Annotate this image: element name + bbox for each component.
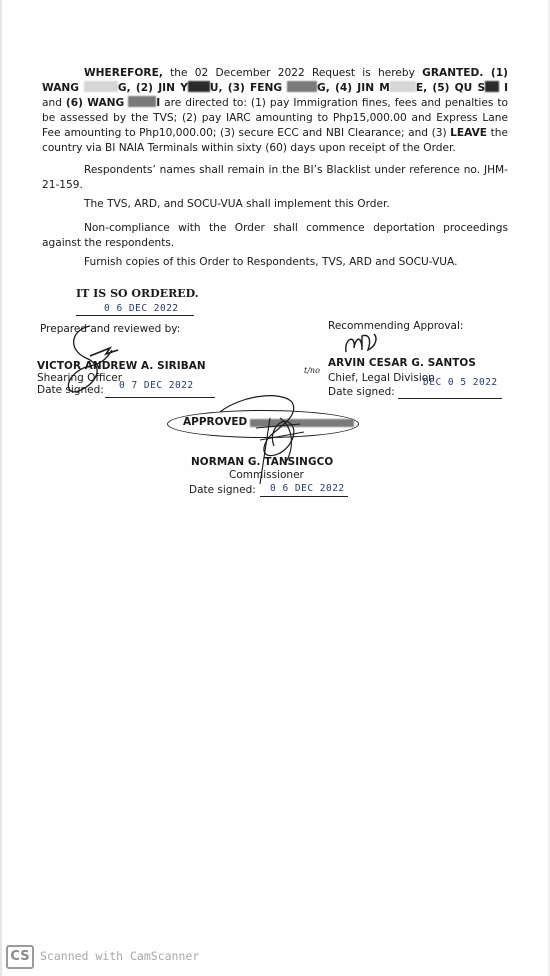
redaction: [390, 81, 416, 92]
prepared-name: VICTOR ANDREW A. SIRIBAN: [37, 360, 206, 372]
so-ordered-heading: IT IS SO ORDERED.: [76, 287, 199, 300]
signature-santos-icon: [342, 330, 382, 358]
redaction: [287, 81, 317, 92]
recommending-date-line: [398, 398, 502, 399]
approved-date-line: [260, 496, 348, 497]
redaction: [128, 96, 156, 107]
noncompliance-paragraph: Non-compliance with the Order shall comm…: [42, 221, 508, 251]
redaction: [250, 419, 354, 427]
recommending-date-stamp: DEC 0 5 2022: [423, 377, 498, 388]
prepared-title: Shearing Officer: [37, 372, 122, 384]
redaction: [485, 81, 499, 92]
recommending-label: Recommending Approval:: [328, 320, 463, 332]
prepared-date-line: [105, 397, 215, 398]
furnish-paragraph: Furnish copies of this Order to Responde…: [42, 255, 508, 270]
page-edge-left: [0, 0, 2, 976]
approved-date-stamp: 0 6 DEC 2022: [270, 483, 345, 494]
recommending-name: ARVIN CESAR G. SANTOS: [328, 357, 476, 369]
granted-text: GRANTED.: [422, 67, 483, 79]
scanned-page: WHEREFORE, the 02 December 2022 Request …: [0, 0, 550, 976]
camscanner-watermark: Scanned with CamScanner: [40, 949, 199, 963]
so-ordered-underline: [76, 315, 194, 316]
redaction: [188, 81, 210, 92]
blacklist-paragraph: Respondents’ names shall remain in the B…: [42, 163, 508, 193]
recommending-title: Chief, Legal Division: [328, 372, 435, 384]
approved-name: NORMAN G. TANSINGCO: [191, 456, 333, 468]
so-ordered-date-stamp: 0 6 DEC 2022: [104, 303, 179, 314]
camscanner-logo-icon: CS: [6, 945, 34, 969]
implement-paragraph: The TVS, ARD, and SOCU-VUA shall impleme…: [42, 197, 508, 212]
recommending-initials: t/no: [304, 366, 320, 375]
leave-text: LEAVE: [450, 127, 487, 139]
recommending-date-label: Date signed:: [328, 386, 395, 398]
approved-title: Commissioner: [229, 469, 304, 481]
approved-label: APPROVED: [183, 416, 247, 428]
prepared-date-stamp: 0 7 DEC 2022: [119, 380, 194, 391]
prepared-date-label: Date signed:: [37, 384, 104, 396]
redaction: [84, 81, 118, 92]
wherefore-lead: WHEREFORE,: [84, 67, 163, 79]
prepared-label: Prepared and reviewed by:: [40, 323, 180, 335]
wherefore-paragraph: WHEREFORE, the 02 December 2022 Request …: [42, 66, 508, 156]
approved-date-label: Date signed:: [189, 484, 256, 496]
signature-tansingco-icon: [200, 388, 370, 498]
